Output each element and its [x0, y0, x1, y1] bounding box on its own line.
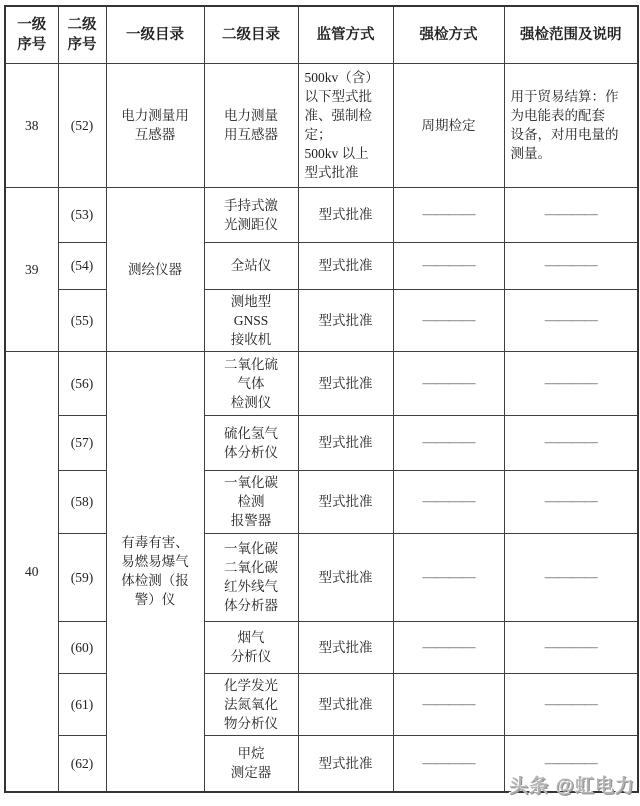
- cell-inspection: 周期检定: [393, 63, 504, 187]
- cell-level2-no: (54): [58, 242, 106, 289]
- cell-inspection: ————: [393, 533, 504, 621]
- table-row: 40 (56) 有毒有害、 易燃易爆气 体检测（报 警）仪 二氧化硫 气体 检测…: [5, 351, 638, 415]
- cell-level1-no: 39: [5, 187, 58, 351]
- cell-level2-no: (57): [58, 415, 106, 470]
- table-row: (57) 硫化氢气 体分析仪 型式批准 ———— ————: [5, 415, 638, 470]
- cell-inspection: ————: [393, 621, 504, 673]
- cell-inspection: ————: [393, 289, 504, 351]
- table-row: (55) 测地型 GNSS 接收机 型式批准 ———— ————: [5, 289, 638, 351]
- cell-supervision: 500kv（含） 以下型式批 准、强制检 定； 500kv 以上 型式批准: [298, 63, 393, 187]
- cell-level2-catalog: 一氧化碳 检测 报警器: [204, 470, 298, 533]
- cell-level2-catalog: 测地型 GNSS 接收机: [204, 289, 298, 351]
- cell-level2-no: (58): [58, 470, 106, 533]
- table-row: (58) 一氧化碳 检测 报警器 型式批准 ———— ————: [5, 470, 638, 533]
- cell-supervision: 型式批准: [298, 242, 393, 289]
- cell-level2-no: (59): [58, 533, 106, 621]
- header-row: 一级 序号 二级 序号 一级目录 二级目录 监管方式 强检方式 强检范围及说明: [5, 6, 638, 63]
- cell-scope: ————: [504, 621, 638, 673]
- col-header-level1-no: 一级 序号: [5, 6, 58, 63]
- cell-scope: ————: [504, 470, 638, 533]
- cell-level2-catalog: 电力测量 用互感器: [204, 63, 298, 187]
- cell-level2-no: (60): [58, 621, 106, 673]
- cell-level1-no: 38: [5, 63, 58, 187]
- cell-inspection: ————: [393, 242, 504, 289]
- table-row: (54) 全站仪 型式批准 ———— ————: [5, 242, 638, 289]
- cell-supervision: 型式批准: [298, 187, 393, 242]
- cell-supervision: 型式批准: [298, 533, 393, 621]
- cell-level2-no: (55): [58, 289, 106, 351]
- col-header-supervision: 监管方式: [298, 6, 393, 63]
- cell-inspection: ————: [393, 470, 504, 533]
- cell-level2-catalog: 硫化氢气 体分析仪: [204, 415, 298, 470]
- cell-inspection: ————: [393, 673, 504, 735]
- table-row: (59) 一氧化碳 二氧化碳 红外线气 体分析器 型式批准 ———— ————: [5, 533, 638, 621]
- cell-level2-catalog: 烟气 分析仪: [204, 621, 298, 673]
- table-row: 39 (53) 测绘仪器 手持式激 光测距仪 型式批准 ———— ————: [5, 187, 638, 242]
- cell-supervision: 型式批准: [298, 289, 393, 351]
- cell-level2-no: (56): [58, 351, 106, 415]
- cell-level2-catalog: 二氧化硫 气体 检测仪: [204, 351, 298, 415]
- table-row: (60) 烟气 分析仪 型式批准 ———— ————: [5, 621, 638, 673]
- cell-inspection: ————: [393, 735, 504, 792]
- cell-level2-no: (53): [58, 187, 106, 242]
- cell-level2-catalog: 甲烷 测定器: [204, 735, 298, 792]
- cell-supervision: 型式批准: [298, 673, 393, 735]
- cell-level2-no: (61): [58, 673, 106, 735]
- table-row: (61) 化学发光 法氮氧化 物分析仪 型式批准 ———— ————: [5, 673, 638, 735]
- cell-level2-catalog: 一氧化碳 二氧化碳 红外线气 体分析器: [204, 533, 298, 621]
- cell-scope: ————: [504, 533, 638, 621]
- cell-level2-catalog: 手持式激 光测距仪: [204, 187, 298, 242]
- cell-scope: ————: [504, 289, 638, 351]
- cell-level1-catalog: 电力测量用 互感器: [106, 63, 204, 187]
- cell-scope: ————: [504, 351, 638, 415]
- cell-level2-catalog: 化学发光 法氮氧化 物分析仪: [204, 673, 298, 735]
- cell-inspection: ————: [393, 415, 504, 470]
- cell-level2-no: (62): [58, 735, 106, 792]
- cell-level2-catalog: 全站仪: [204, 242, 298, 289]
- cell-inspection: ————: [393, 187, 504, 242]
- col-header-level1-catalog: 一级目录: [106, 6, 204, 63]
- cell-supervision: 型式批准: [298, 735, 393, 792]
- cell-scope: ————: [504, 187, 638, 242]
- cell-scope: ————: [504, 242, 638, 289]
- cell-supervision: 型式批准: [298, 470, 393, 533]
- col-header-level2-no: 二级 序号: [58, 6, 106, 63]
- cell-inspection: ————: [393, 351, 504, 415]
- cell-supervision: 型式批准: [298, 621, 393, 673]
- cell-scope: ————: [504, 415, 638, 470]
- cell-supervision: 型式批准: [298, 415, 393, 470]
- col-header-scope: 强检范围及说明: [504, 6, 638, 63]
- toutiao-watermark: 头条 @虹电力: [509, 771, 635, 798]
- cell-level1-catalog: 有毒有害、 易燃易爆气 体检测（报 警）仪: [106, 351, 204, 792]
- cell-scope: 用于贸易结算：作 为电能表的配套 设备，对用电量的 测量。: [504, 63, 638, 187]
- cell-supervision: 型式批准: [298, 351, 393, 415]
- col-header-inspection: 强检方式: [393, 6, 504, 63]
- cell-scope: ————: [504, 673, 638, 735]
- table-row: 38 (52) 电力测量用 互感器 电力测量 用互感器 500kv（含） 以下型…: [5, 63, 638, 187]
- cell-level1-no: 40: [5, 351, 58, 792]
- col-header-level2-catalog: 二级目录: [204, 6, 298, 63]
- cell-level2-no: (52): [58, 63, 106, 187]
- catalog-table: 一级 序号 二级 序号 一级目录 二级目录 监管方式 强检方式 强检范围及说明 …: [4, 5, 639, 793]
- cell-level1-catalog: 测绘仪器: [106, 187, 204, 351]
